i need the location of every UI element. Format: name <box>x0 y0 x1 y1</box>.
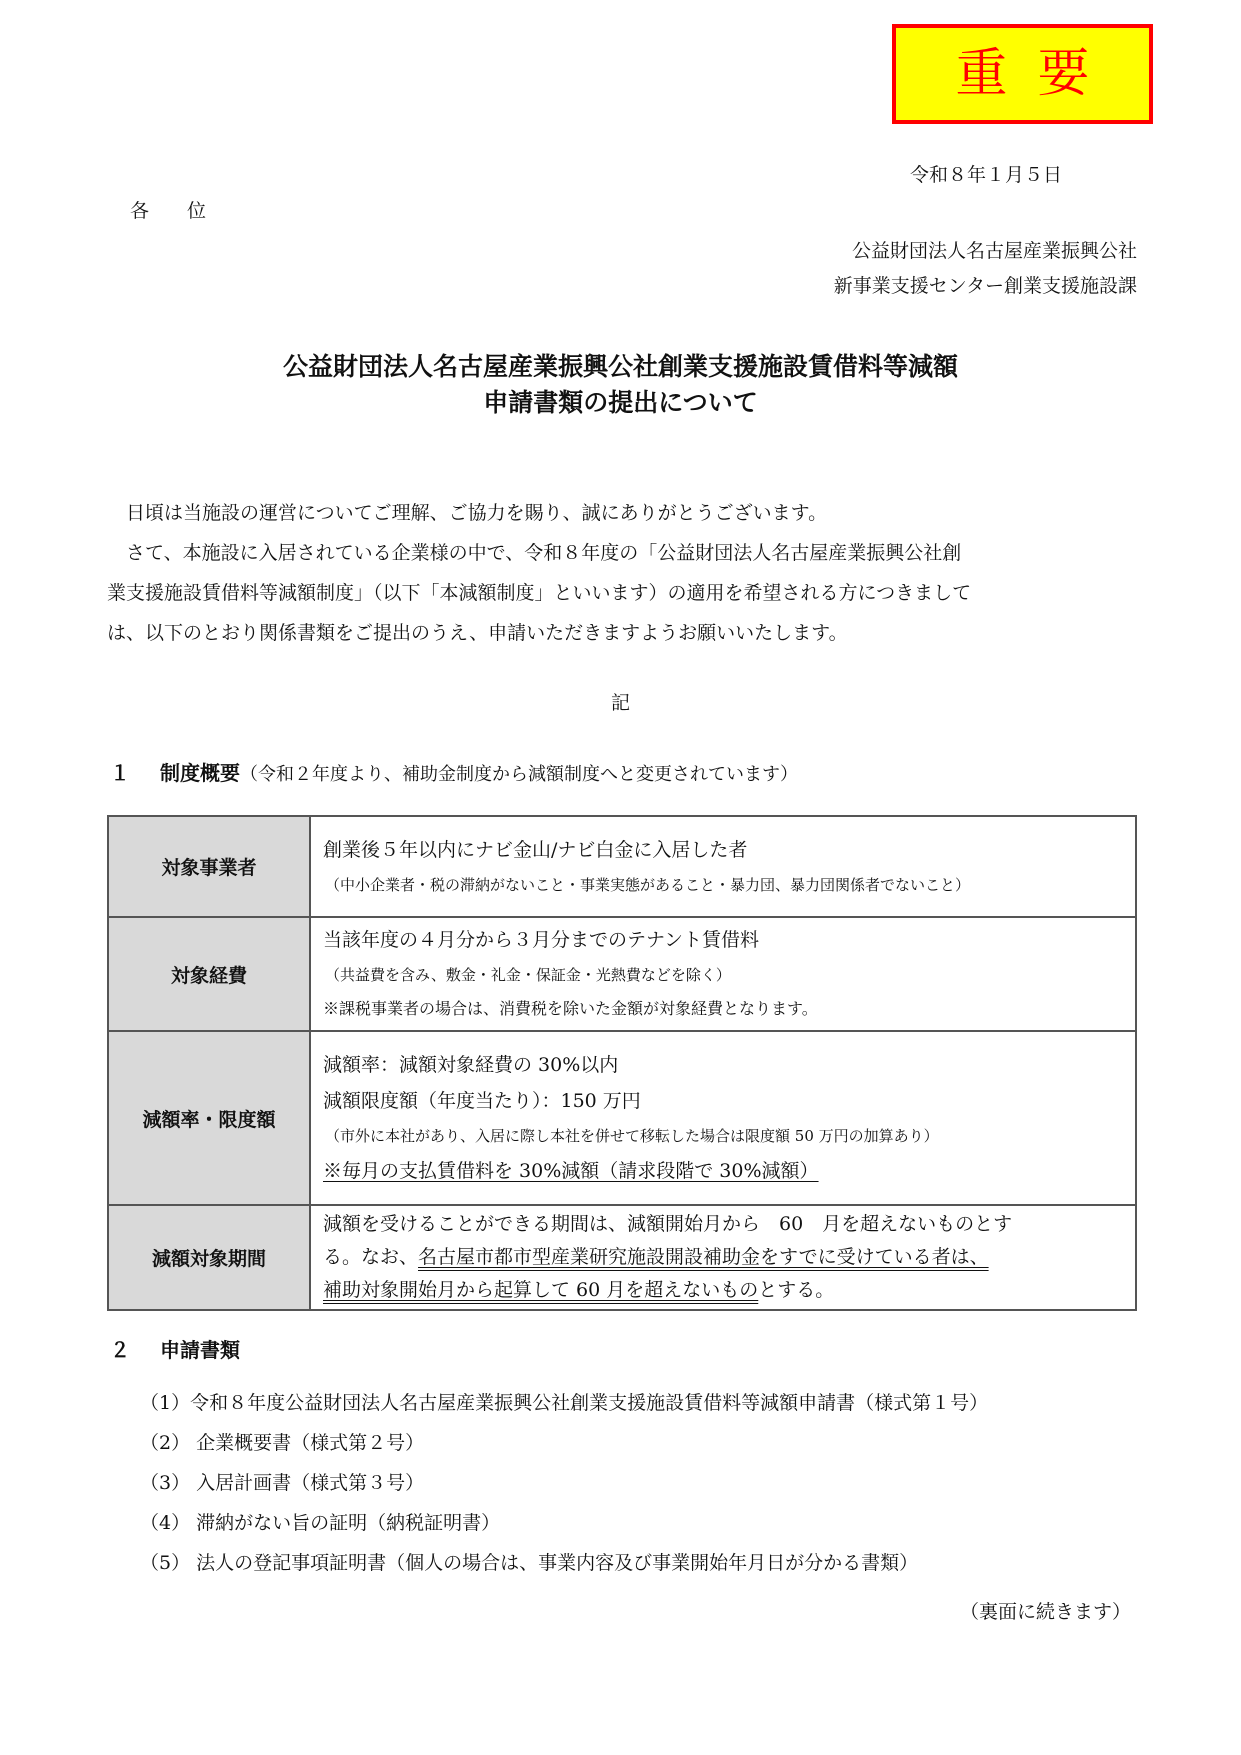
row-main-text: 当該年度の４月分から３月分までのテナント賃借料 <box>323 922 1125 958</box>
row-main-text: 減額を受けることができる期間は、減額開始月から 60 月を超えないものとす <box>323 1208 1125 1241</box>
continued-on-back-note: （裏面に続きます） <box>960 1601 1131 1623</box>
row-sub-text: （中小企業者・税の滞納がないこと・事業実態があること・暴力団、暴力団関係者でない… <box>323 868 1125 902</box>
row-underlined-text: ※毎月の支払賃借料を 30%減額（請求段階で 30%減額） <box>323 1160 819 1182</box>
row-plain-text: とする。 <box>758 1279 834 1301</box>
section2-number: ２ <box>110 1334 160 1363</box>
list-item: （1）令和８年度公益財団法人名古屋産業振興公社創業支援施設賃借料等減額申請書（様… <box>140 1383 988 1423</box>
body-line: は、以下のとおり関係書類をご提出のうえ、申請いただきますようお願いいたします。 <box>107 613 971 653</box>
body-line: 日頃は当施設の運営についてご理解、ご協力を賜り、誠にありがとうございます。 <box>107 493 971 533</box>
section2-title: 申請書類 <box>160 1338 240 1362</box>
section1-title: 制度概要 <box>160 761 240 785</box>
row-sub-text: （市外に本社があり、入居に際し本社を併せて移転した場合は限度額 50 万円の加算… <box>323 1119 1125 1153</box>
row-label: 減額対象期間 <box>108 1205 310 1310</box>
row-plain-text: る。なお、 <box>323 1246 418 1268</box>
section2-heading: ２申請書類 <box>110 1334 240 1363</box>
document-title-line1: 公益財団法人名古屋産業振興公社創業支援施設賃借料等減額 <box>0 348 1241 386</box>
section1-heading: １制度概要（令和２年度より、補助金制度から減額制度へと変更されています） <box>110 757 798 786</box>
row-main-text: 創業後５年以内にナビ金山/ナビ白金に入居した者 <box>323 832 1125 868</box>
overview-table: 対象事業者 創業後５年以内にナビ金山/ナビ白金に入居した者 （中小企業者・税の滞… <box>107 815 1137 1311</box>
list-item: （3） 入居計画書（様式第３号） <box>140 1463 988 1503</box>
list-item: （2） 企業概要書（様式第２号） <box>140 1423 988 1463</box>
document-title-line2: 申請書類の提出について <box>0 384 1241 422</box>
row-content: 創業後５年以内にナビ金山/ナビ白金に入居した者 （中小企業者・税の滞納がないこと… <box>310 816 1136 917</box>
row-label: 対象事業者 <box>108 816 310 917</box>
addressee: 各 位 <box>130 200 206 222</box>
row-content: 減額を受けることができる期間は、減額開始月から 60 月を超えないものとす る。… <box>310 1205 1136 1310</box>
section1-number: １ <box>110 757 160 786</box>
row-label: 減額率・限度額 <box>108 1031 310 1205</box>
table-row: 対象事業者 創業後５年以内にナビ金山/ナビ白金に入居した者 （中小企業者・税の滞… <box>108 816 1136 917</box>
list-item: （5） 法人の登記事項証明書（個人の場合は、事業内容及び事業開始年月日が分かる書… <box>140 1543 988 1583</box>
table-row: 対象経費 当該年度の４月分から３月分までのテナント賃借料 （共益費を含み、敷金・… <box>108 917 1136 1031</box>
important-badge: 重要 <box>892 24 1153 124</box>
sender-department: 新事業支援センター創業支援施設課 <box>834 275 1137 297</box>
important-badge-label: 重要 <box>925 48 1119 100</box>
row-double-underlined-text: 補助対象開始月から起算して 60 月を超えないもの <box>323 1279 758 1301</box>
row-main-text: 減額限度額（年度当たり）：150 万円 <box>323 1083 1125 1119</box>
document-date: 令和８年１月５日 <box>910 164 1062 186</box>
body-paragraph: 日頃は当施設の運営についてご理解、ご協力を賜り、誠にありがとうございます。 さて… <box>107 493 971 653</box>
row-content: 減額率：減額対象経費の 30%以内 減額限度額（年度当たり）：150 万円 （市… <box>310 1031 1136 1205</box>
ki-marker: 記 <box>611 692 630 714</box>
section1-note: （令和２年度より、補助金制度から減額制度へと変更されています） <box>240 764 798 785</box>
body-line: さて、本施設に入居されている企業様の中で、令和８年度の「公益財団法人名古屋産業振… <box>107 533 971 573</box>
row-sub-text: （共益費を含み、敷金・礼金・保証金・光熱費などを除く） <box>323 958 1125 992</box>
row-note-text: ※課税事業者の場合は、消費税を除いた金額が対象経費となります。 <box>323 992 1125 1026</box>
sender-organization: 公益財団法人名古屋産業振興公社 <box>852 240 1137 262</box>
table-row: 減額率・限度額 減額率：減額対象経費の 30%以内 減額限度額（年度当たり）：1… <box>108 1031 1136 1205</box>
row-double-underlined-text: 名古屋市都市型産業研究施設開設補助金をすでに受けている者は、 <box>418 1246 989 1268</box>
application-documents-list: （1）令和８年度公益財団法人名古屋産業振興公社創業支援施設賃借料等減額申請書（様… <box>140 1383 988 1583</box>
row-label: 対象経費 <box>108 917 310 1031</box>
row-main-text: 減額率：減額対象経費の 30%以内 <box>323 1047 1125 1083</box>
body-line: 業支援施設賃借料等減額制度」（以下「本減額制度」といいます）の適用を希望される方… <box>107 573 971 613</box>
table-row: 減額対象期間 減額を受けることができる期間は、減額開始月から 60 月を超えない… <box>108 1205 1136 1310</box>
row-content: 当該年度の４月分から３月分までのテナント賃借料 （共益費を含み、敷金・礼金・保証… <box>310 917 1136 1031</box>
list-item: （4） 滞納がない旨の証明（納税証明書） <box>140 1503 988 1543</box>
